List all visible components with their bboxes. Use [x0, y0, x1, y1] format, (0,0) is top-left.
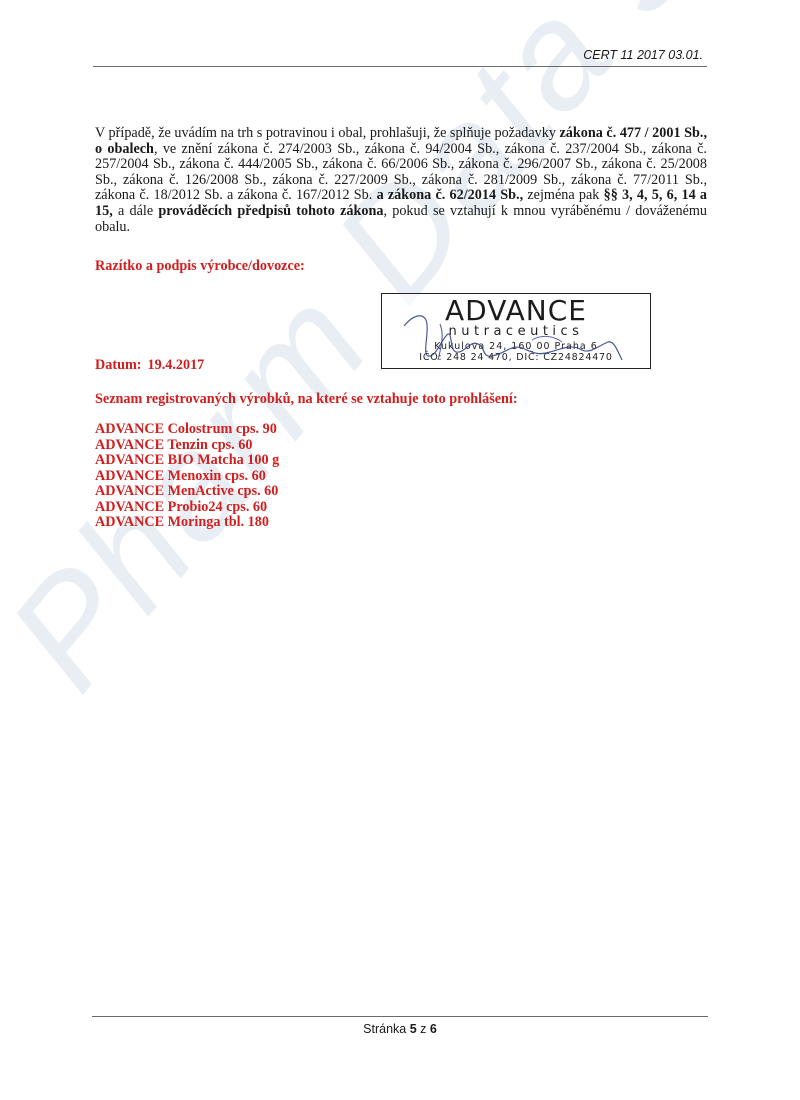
- footer-rule: [92, 1016, 708, 1017]
- declaration-block: V případě, že uvádím na trh s potravinou…: [95, 126, 707, 235]
- declaration-paragraph: V případě, že uvádím na trh s potravinou…: [95, 126, 707, 235]
- product-item: ADVANCE Tenzin cps. 60: [95, 438, 279, 454]
- product-item: ADVANCE Colostrum cps. 90: [95, 422, 279, 438]
- declaration-emphasis: a zákona č. 62/2014 Sb.,: [377, 187, 524, 203]
- stamp-ids: IČO: 248 24 470, DIČ: CZ24824470: [382, 352, 650, 363]
- date-value: 19.4.2017: [148, 357, 205, 373]
- document-code: CERT 11 2017 03.01.: [583, 48, 703, 62]
- products-list: ADVANCE Colostrum cps. 90ADVANCE Tenzin …: [95, 422, 279, 531]
- product-item: ADVANCE MenActive cps. 60: [95, 484, 279, 500]
- page-word: Stránka: [363, 1022, 406, 1036]
- product-item: ADVANCE Menoxin cps. 60: [95, 469, 279, 485]
- page-header: CERT 11 2017 03.01.: [93, 46, 707, 67]
- stamp-signature-label: Razítko a podpis výrobce/dovozce:: [95, 258, 305, 275]
- total-pages: 6: [430, 1022, 437, 1036]
- company-stamp: ADVANCE nutraceutics Kukulova 24, 160 00…: [381, 293, 651, 369]
- declaration-text: V případě, že uvádím na trh s potravinou…: [95, 125, 560, 141]
- current-page: 5: [410, 1022, 417, 1036]
- declaration-emphasis: prováděcích předpisů tohoto zákona: [158, 203, 383, 219]
- product-item: ADVANCE Moringa tbl. 180: [95, 515, 279, 531]
- product-item: ADVANCE BIO Matcha 100 g: [95, 453, 279, 469]
- stamp-address: Kukulova 24, 160 00 Praha 6: [382, 341, 650, 352]
- date-line: Datum:19.4.2017: [95, 357, 204, 374]
- declaration-text: a dále: [113, 203, 159, 219]
- date-label: Datum:: [95, 357, 142, 373]
- page-footer: Stránka 5 z 6: [0, 1022, 800, 1036]
- products-list-title: Seznam registrovaných výrobků, na které …: [95, 391, 518, 408]
- stamp-subtitle: nutraceutics: [382, 325, 650, 339]
- stamp-brand: ADVANCE: [382, 296, 650, 326]
- product-item: ADVANCE Probio24 cps. 60: [95, 500, 279, 516]
- declaration-text: zejména pak: [523, 187, 603, 203]
- of-word: z: [420, 1022, 426, 1036]
